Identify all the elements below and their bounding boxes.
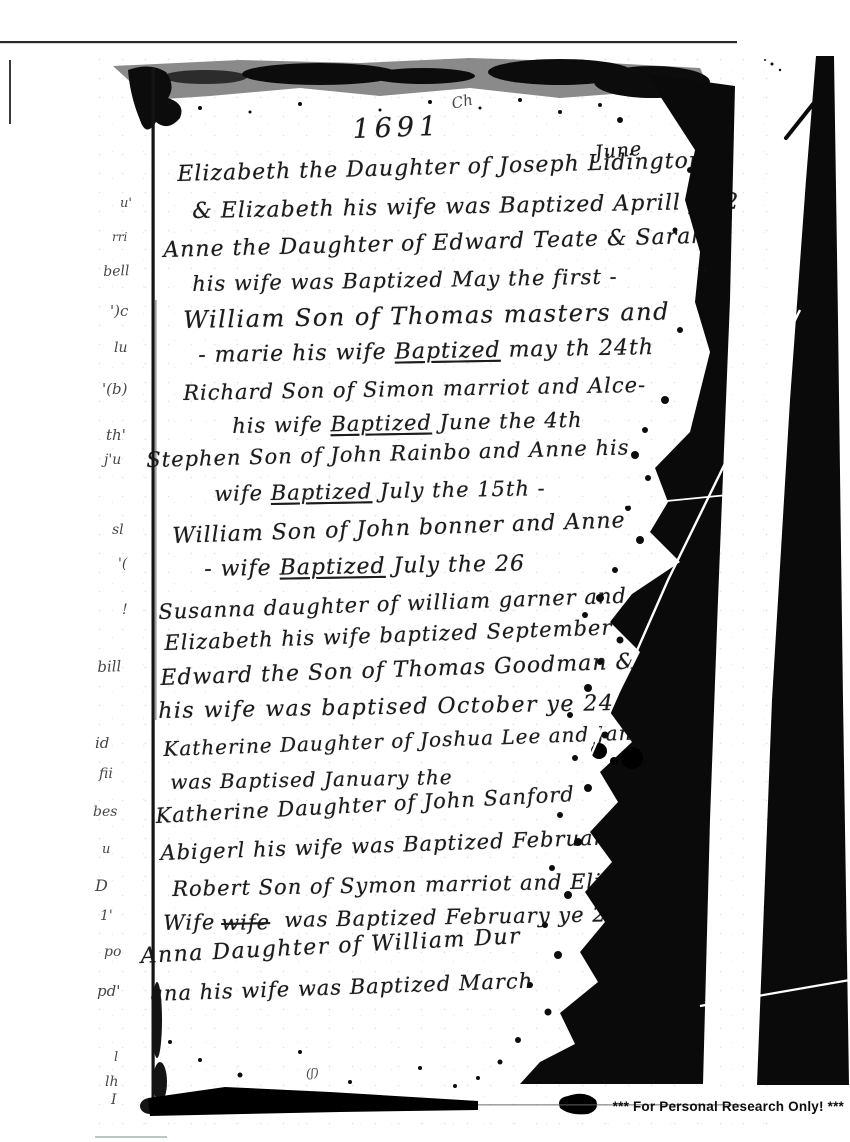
underlined-word: Baptized <box>279 554 385 581</box>
spine-branch-stroke <box>786 104 813 138</box>
margin-fragment: bes <box>93 804 117 820</box>
margin-fragment: id <box>95 734 109 752</box>
scan-top-rule <box>0 41 737 43</box>
margin-fragment: 1' <box>100 908 113 924</box>
margin-fragment: lh <box>105 1074 119 1090</box>
watermark: *** For Personal Research Only! *** <box>613 1099 844 1114</box>
margin-fragment: '( <box>118 556 127 572</box>
margin-fragment: lu <box>114 340 128 356</box>
margin-fragment: u' <box>120 196 132 211</box>
underlined-word: Baptized <box>394 338 500 365</box>
margin-fragment: th' <box>106 426 126 444</box>
underlined-word: Baptized <box>271 479 373 505</box>
margin-fragment: sl <box>112 522 124 538</box>
margin-fragment: ! <box>122 602 128 618</box>
margin-fragment: I <box>111 1092 117 1108</box>
margin-fragment: rri <box>112 230 127 244</box>
margin-fragment: bill <box>97 657 122 676</box>
margin-fragment: j'u <box>104 452 121 468</box>
register-line: wife <box>221 910 270 935</box>
margin-fragment: ')c <box>110 302 128 320</box>
margin-fragment: fii <box>99 766 113 782</box>
margin-fragment: '(b) <box>102 380 127 398</box>
margin-fragment: (ʃ) <box>306 1066 319 1080</box>
margin-fragment: D <box>95 876 108 895</box>
year-heading: 1691 <box>352 111 442 145</box>
register-line: Wife <box>163 910 216 935</box>
left-edge-tick <box>9 60 11 124</box>
underlined-word: Baptized <box>330 411 432 437</box>
scanned-register-page: 1691JuneElizabeth the Daughter of Joseph… <box>0 0 850 1142</box>
margin-fragment: pd' <box>97 982 120 1000</box>
margin-fragment: po <box>104 944 121 960</box>
margin-fragment: u <box>102 842 110 857</box>
margin-fragment: l <box>114 1050 118 1065</box>
margin-fragment: bell <box>103 263 130 280</box>
bottom-left-faint-mark <box>95 1136 167 1138</box>
